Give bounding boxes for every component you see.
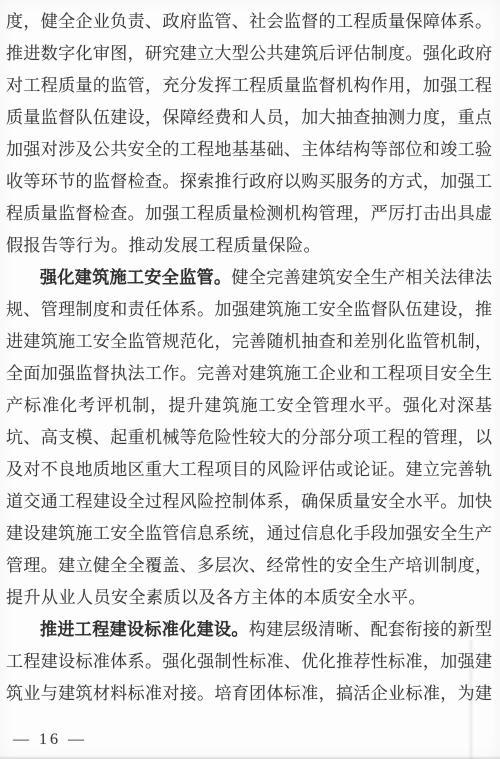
- text-line: 质量监督队伍建设，保障经费和人员，加大抽查抽测力度，重点: [6, 102, 492, 134]
- text-line: 进建筑施工安全监管规范化，完善随机抽查和差别化监管机制，: [6, 326, 492, 358]
- line-text: 推进数字化审图，研究建立大型公共建筑后评估制度。强化政府: [6, 44, 492, 63]
- line-text: 筑业与建筑材料标准对接。培育团体标准，搞活企业标准，为建: [6, 684, 492, 703]
- text-line: 产标准化考评机制，提升建筑施工安全管理水平。强化对深基: [6, 390, 492, 422]
- line-text: 全面加强监督执法工作。完善对建筑施工企业和工程项目安全生: [6, 364, 492, 383]
- text-line: 对工程质量的监管，充分发挥工程质量监督机构作用，加强工程: [6, 70, 492, 102]
- line-text: 健全完善建筑安全生产相关法律法: [231, 268, 492, 287]
- text-line: 加强对涉及公共安全的工程地基基础、主体结构等部位和竣工验: [6, 134, 492, 166]
- line-text: 工程建设标准体系。强化强制性标准、优化推荐性标准，加强建: [6, 652, 492, 671]
- line-text: 建设建筑施工安全监管信息系统，通过信息化手段加强安全生产: [6, 524, 492, 543]
- line-text: 坑、高支模、起重机械等危险性较大的分部分项工程的管理，以: [6, 428, 492, 447]
- text-line: 工程建设标准体系。强化强制性标准、优化推荐性标准，加强建: [6, 646, 492, 678]
- text-line: 建设建筑施工安全监管信息系统，通过信息化手段加强安全生产: [6, 518, 492, 550]
- line-text: 及对不良地质地区重大工程项目的风险评估或论证。建立完善轨: [6, 460, 492, 479]
- paragraph-first-line: 强化建筑施工安全监管。健全完善建筑安全生产相关法律法: [6, 262, 492, 294]
- line-text: 规、管理制度和责任体系。加强建筑施工安全监督队伍建设，推: [6, 300, 492, 319]
- page-number: — 16 —: [13, 731, 87, 749]
- text-line: 全面加强监督执法工作。完善对建筑施工企业和工程项目安全生: [6, 358, 492, 390]
- text-line: 提升从业人员安全素质以及各方主体的本质安全水平。: [6, 582, 492, 614]
- line-text: 程质量监督检查。加强工程质量检测机构管理，严厉打击出具虚: [6, 204, 492, 223]
- text-line: 及对不良地质地区重大工程项目的风险评估或论证。建立完善轨: [6, 454, 492, 486]
- line-text: 收等环节的监督检查。探索推行政府以购买服务的方式，加强工: [6, 172, 492, 191]
- text-line: 度，健全企业负责、政府监管、社会监督的工程质量保障体系。: [6, 6, 492, 38]
- text-line: 推进数字化审图，研究建立大型公共建筑后评估制度。强化政府: [6, 38, 492, 70]
- line-text: 产标准化考评机制，提升建筑施工安全管理水平。强化对深基: [6, 396, 492, 415]
- text-line: 筑业与建筑材料标准对接。培育团体标准，搞活企业标准，为建: [6, 678, 492, 710]
- line-text: 对工程质量的监管，充分发挥工程质量监督机构作用，加强工程: [6, 76, 492, 95]
- line-text: 加强对涉及公共安全的工程地基基础、主体结构等部位和竣工验: [6, 140, 492, 159]
- text-line: 规、管理制度和责任体系。加强建筑施工安全监督队伍建设，推: [6, 294, 492, 326]
- paragraph-lead-bold: 强化建筑施工安全监管。: [40, 268, 231, 287]
- line-text: 道交通工程建设全过程风险控制体系，确保质量安全水平。加快: [6, 492, 492, 511]
- text-line: 收等环节的监督检查。探索推行政府以购买服务的方式，加强工: [6, 166, 492, 198]
- line-text: 提升从业人员安全素质以及各方主体的本质安全水平。: [6, 588, 426, 607]
- line-text: 进建筑施工安全监管规范化，完善随机抽查和差别化监管机制，: [6, 332, 492, 351]
- text-line: 假报告等行为。推动发展工程质量保险。: [6, 230, 492, 262]
- line-text: 度，健全企业负责、政府监管、社会监督的工程质量保障体系。: [6, 12, 492, 31]
- text-line: 管理。建立健全全覆盖、多层次、经常性的安全生产培训制度，: [6, 550, 492, 582]
- text-line: 坑、高支模、起重机械等危险性较大的分部分项工程的管理，以: [6, 422, 492, 454]
- line-text: 质量监督队伍建设，保障经费和人员，加大抽查抽测力度，重点: [6, 108, 492, 127]
- text-line: 道交通工程建设全过程风险控制体系，确保质量安全水平。加快: [6, 486, 492, 518]
- text-line: 程质量监督检查。加强工程质量检测机构管理，严厉打击出具虚: [6, 198, 492, 230]
- document-page: 度，健全企业负责、政府监管、社会监督的工程质量保障体系。推进数字化审图，研究建立…: [0, 0, 500, 759]
- paragraph-first-line: 推进工程建设标准化建设。构建层级清晰、配套衔接的新型: [6, 614, 492, 646]
- line-text: 假报告等行为。推动发展工程质量保险。: [6, 236, 321, 255]
- document-body: 度，健全企业负责、政府监管、社会监督的工程质量保障体系。推进数字化审图，研究建立…: [6, 6, 492, 710]
- paragraph-lead-bold: 推进工程建设标准化建设。: [40, 620, 249, 639]
- line-text: 构建层级清晰、配套衔接的新型: [249, 620, 492, 639]
- line-text: 管理。建立健全全覆盖、多层次、经常性的安全生产培训制度，: [6, 556, 492, 575]
